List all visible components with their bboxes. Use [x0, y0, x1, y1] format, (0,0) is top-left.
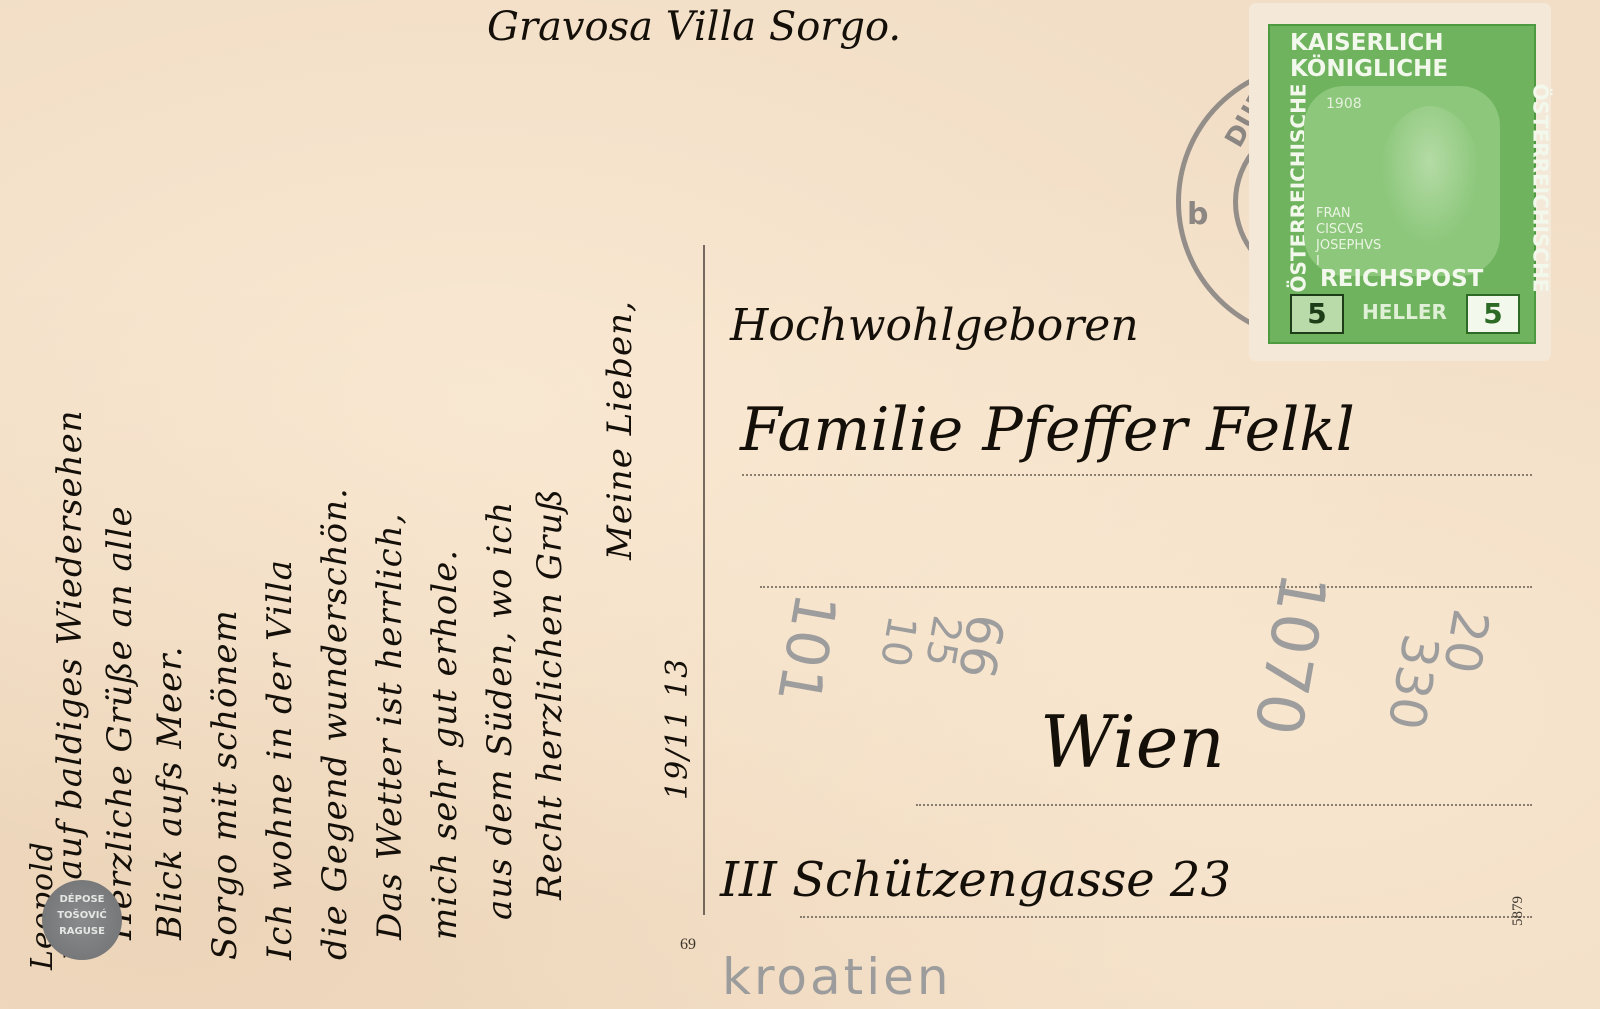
address-line: [760, 586, 1532, 588]
address-line: [916, 804, 1532, 806]
message-line: Das Wetter ist herrlich,: [370, 513, 410, 940]
message-line: Herzliche Grüße an alle: [100, 505, 140, 940]
date: 19/11 13: [660, 658, 695, 800]
address-street: III Schützengasse 23: [720, 852, 1231, 908]
message-line: Recht herzlichen Gruß: [530, 488, 570, 900]
pencil-number: 1070: [1239, 567, 1340, 740]
place-header: Gravosa Villa Sorgo.: [487, 4, 901, 50]
postcard-back: Gravosa Villa Sorgo. und auf baldiges Wi…: [0, 0, 1600, 1009]
address-line: [742, 474, 1532, 476]
stamp-top-text: KAISERLICH KÖNIGLICHE: [1290, 30, 1534, 82]
stamp-year: 1908: [1326, 96, 1362, 112]
stamp-bottom-text: REICHSPOST: [1320, 266, 1483, 292]
catalog-number: 69: [680, 936, 696, 954]
stamp-denomination: HELLER: [1362, 300, 1447, 324]
message-line: Sorgo mit schönem: [205, 609, 245, 960]
stamp-right-text: ÖSTERREICHISCHE: [1528, 84, 1552, 293]
stamp-frame: KAISERLICH KÖNIGLICHE ÖSTERREICHISCHE ÖS…: [1268, 24, 1536, 344]
message-line: aus dem Süden, wo ich: [480, 501, 520, 920]
address-line: [800, 916, 1532, 918]
stamp-name-line: JOSEPHVS: [1316, 238, 1381, 254]
pencil-number: 10: [871, 612, 925, 670]
series-number: 5879: [1510, 896, 1527, 926]
divider-line: [703, 245, 705, 915]
seal-line: DÉPOSE: [42, 892, 122, 908]
message-line: Ich wohne in der Villa: [260, 559, 300, 960]
stamp-portrait-name: FRAN CISCVS JOSEPHVS I: [1316, 206, 1381, 270]
message-block: und auf baldiges Wiedersehen Herzliche G…: [20, 100, 620, 1000]
pencil-note-kroatien: kroatien: [722, 948, 952, 1006]
seal-line: RAGUSE: [42, 924, 122, 940]
postage-stamp: KAISERLICH KÖNIGLICHE ÖSTERREICHISCHE ÖS…: [1252, 6, 1548, 358]
message-line: Blick aufs Meer.: [150, 645, 190, 940]
postmark-letter: b: [1187, 197, 1208, 232]
message-line: die Gegend wunderschön.: [315, 487, 355, 960]
salutation: Meine Lieben,: [600, 300, 640, 560]
pencil-fraction: 101: [764, 588, 850, 709]
stamp-value-right: 5: [1466, 294, 1520, 334]
address-recipient: Familie Pfeffer Felkl: [740, 395, 1355, 465]
stamp-portrait: [1380, 106, 1480, 246]
message-line: mich sehr gut erhole.: [425, 549, 465, 940]
address-city: Wien: [1040, 700, 1225, 784]
seal-line: TOŠOVIĆ: [42, 908, 122, 924]
stamp-name-line: CISCVS: [1316, 222, 1381, 238]
publisher-seal: DÉPOSE TOŠOVIĆ RAGUSE: [42, 880, 122, 960]
address-salutation: Hochwohlgeboren: [730, 300, 1139, 351]
stamp-name-line: FRAN: [1316, 206, 1381, 222]
stamp-value-left: 5: [1290, 294, 1344, 334]
pencil-number: 330: [1376, 630, 1450, 734]
